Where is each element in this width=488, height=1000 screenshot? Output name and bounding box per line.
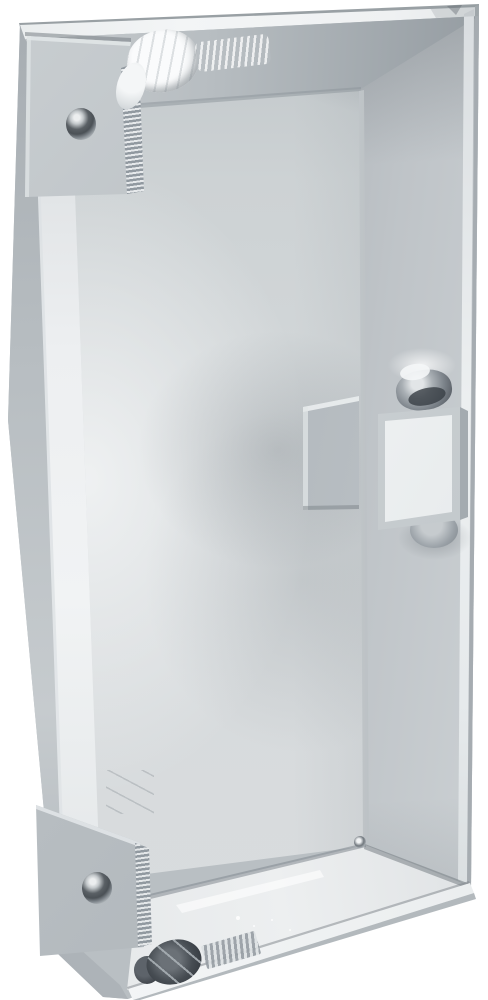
screw-hole-top: [66, 108, 96, 140]
product-photo-metal-back-box: [0, 0, 488, 1000]
screw-hole-bottom: [82, 872, 112, 904]
floor-speckles: [236, 916, 240, 920]
spot-weld-dimple: [354, 836, 366, 848]
surface-scratches: [106, 770, 154, 814]
